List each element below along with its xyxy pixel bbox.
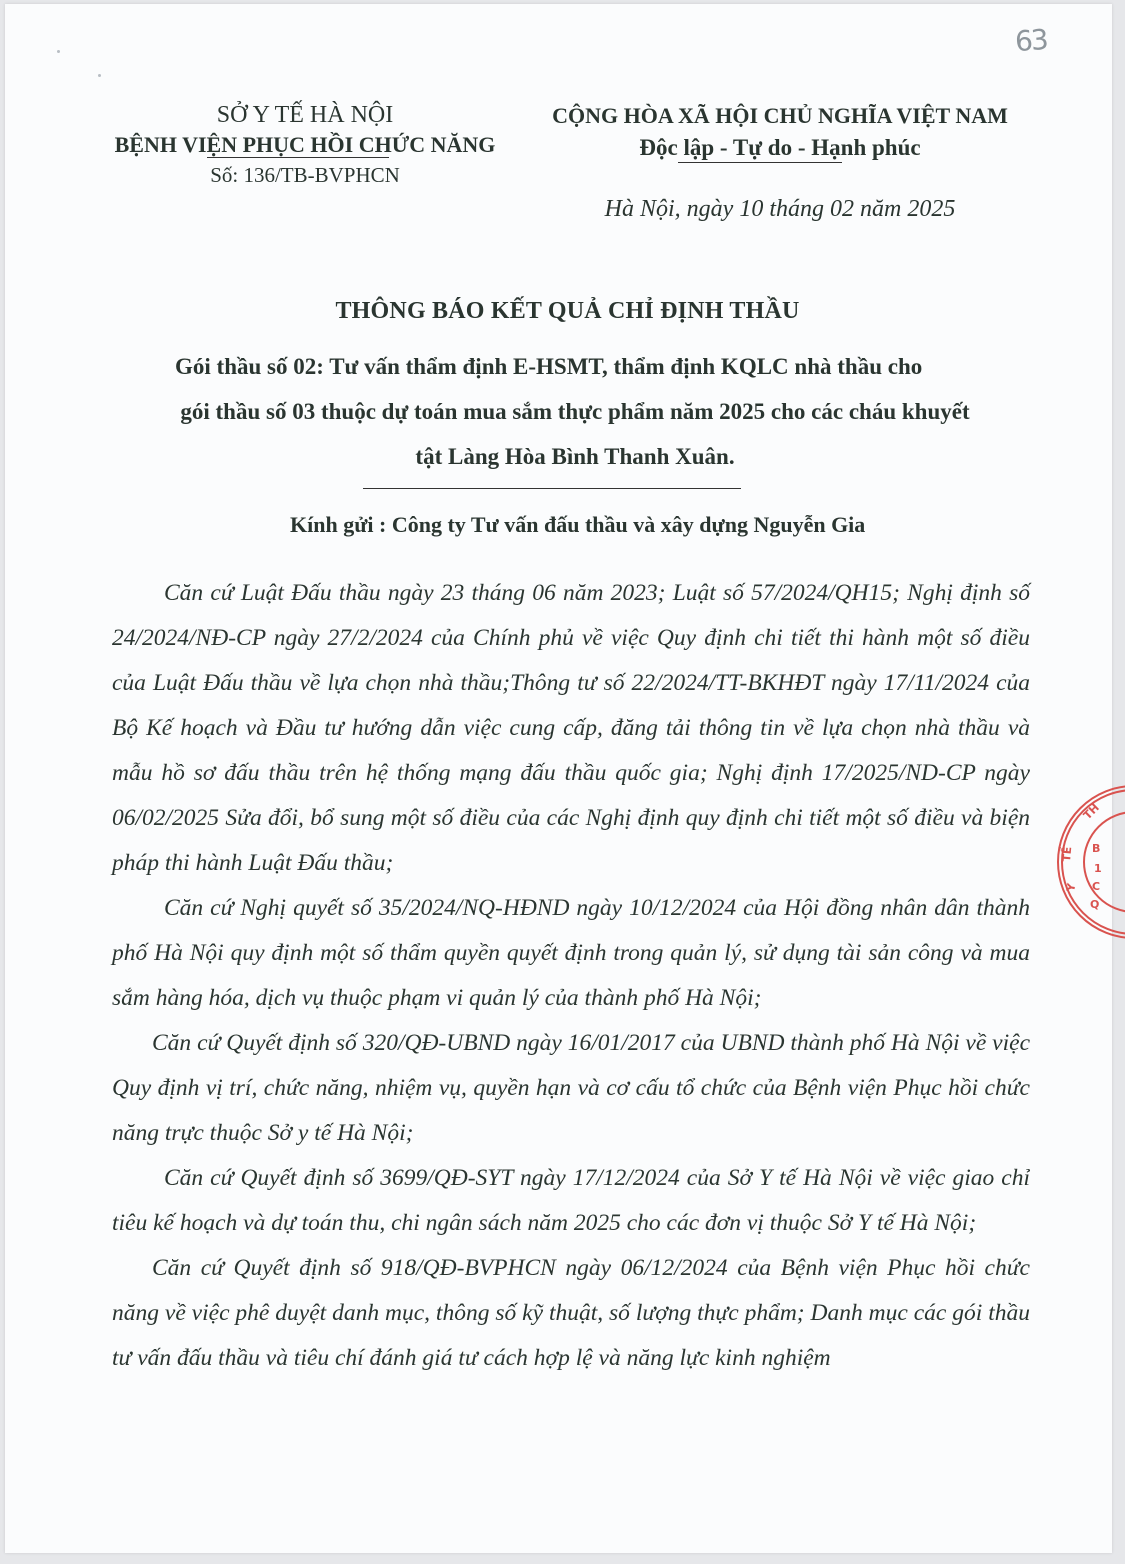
motto-underline xyxy=(678,162,842,163)
document-title: THÔNG BÁO KẾT QUẢ CHỈ ĐỊNH THẦU xyxy=(5,298,1125,325)
svg-text:C: C xyxy=(1092,880,1100,893)
paragraph: Căn cứ Quyết định số 320/QĐ-UBND ngày 16… xyxy=(112,1021,1030,1156)
red-seal-stamp-icon: Y TẾ TH B 1 C Q xyxy=(1054,782,1125,942)
nation-name: CỘNG HÒA XÃ HỘI CHỦ NGHĨA VIỆT NAM xyxy=(525,100,1035,132)
agency-name: SỞ Y TẾ HÀ NỘI xyxy=(95,100,515,130)
national-motto: Độc lập - Tự do - Hạnh phúc xyxy=(525,132,1035,164)
document-body: Căn cứ Luật Đấu thầu ngày 23 tháng 06 nă… xyxy=(112,571,1030,1381)
paragraph: Căn cứ Luật Đấu thầu ngày 23 tháng 06 nă… xyxy=(112,571,1030,886)
svg-text:1: 1 xyxy=(1094,862,1102,875)
svg-text:Y: Y xyxy=(1064,881,1079,893)
document-page: 63 SỞ Y TẾ HÀ NỘI BỆNH VIỆN PHỤC HỒI CHỨ… xyxy=(5,4,1112,1553)
unit-name: BỆNH VIỆN PHỤC HỒI CHỨC NĂNG xyxy=(95,130,515,160)
divider-line xyxy=(363,488,741,489)
svg-text:Q: Q xyxy=(1090,898,1099,911)
subject-line: gói thầu số 03 thuộc dự toán mua sắm thự… xyxy=(125,389,1025,434)
issuer-header: SỞ Y TẾ HÀ NỘI BỆNH VIỆN PHỤC HỒI CHỨC N… xyxy=(95,100,515,190)
unit-underline xyxy=(207,157,389,158)
national-header: CỘNG HÒA XÃ HỘI CHỦ NGHĨA VIỆT NAM Độc l… xyxy=(525,100,1035,164)
scan-speck xyxy=(57,50,60,53)
svg-text:TH: TH xyxy=(1081,801,1102,822)
handwritten-page-number: 63 xyxy=(1014,23,1048,58)
paragraph: Căn cứ Quyết định số 3699/QĐ-SYT ngày 17… xyxy=(112,1156,1030,1246)
document-number: Số: 136/TB-BVPHCN xyxy=(95,160,515,190)
svg-text:B: B xyxy=(1092,842,1100,855)
subject-line: tật Làng Hòa Bình Thanh Xuân. xyxy=(125,434,1025,479)
recipient: Kính gửi : Công ty Tư vấn đấu thầu và xâ… xyxy=(290,512,865,538)
paragraph: Căn cứ Nghị quyết số 35/2024/NQ-HĐND ngà… xyxy=(112,886,1030,1021)
subject-line: Gói thầu số 02: Tư vấn thẩm định E-HSMT,… xyxy=(125,344,1025,389)
unit-name-text: BỆNH VIỆN PHỤC HỒI CHỨC NĂNG xyxy=(115,132,496,157)
paragraph: Căn cứ Quyết định số 918/QĐ-BVPHCN ngày … xyxy=(112,1246,1030,1381)
scan-speck xyxy=(98,74,101,77)
place-date: Hà Nội, ngày 10 tháng 02 năm 2025 xyxy=(580,196,980,223)
svg-text:TẾ: TẾ xyxy=(1058,846,1074,863)
motto-text: Độc lập - Tự do - Hạnh phúc xyxy=(639,135,920,160)
subject: Gói thầu số 02: Tư vấn thẩm định E-HSMT,… xyxy=(125,344,1025,479)
